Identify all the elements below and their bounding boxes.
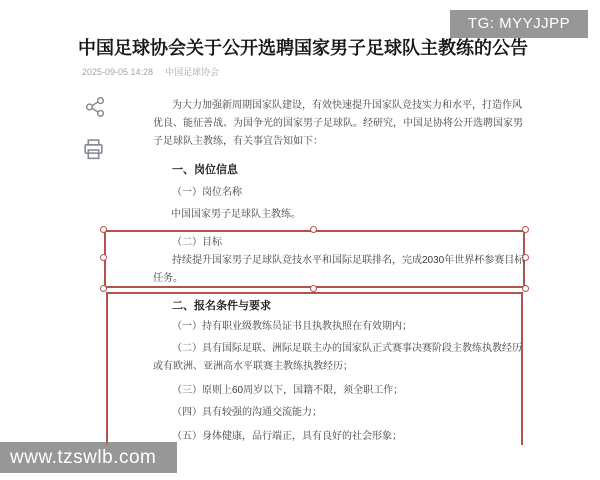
section2-heading: 二、报名条件与要求 [172, 297, 271, 315]
selection-handle[interactable] [100, 254, 107, 261]
job-name-label: （一）岗位名称 [172, 184, 242, 202]
selection-handle[interactable] [310, 226, 317, 233]
annotation-box-goal[interactable]: （二）目标 持续提升国家男子足球队竞技水平和国际足联排名，完成2030年世界杯参… [104, 230, 525, 288]
selection-handle[interactable] [100, 285, 107, 292]
requirement-item: （四）具有较强的沟通交流能力； [172, 404, 322, 422]
watermark-telegram: TG: MYYJJPP [450, 10, 588, 38]
job-name-value: 中国国家男子足球队主教练。 [171, 206, 301, 224]
article-meta: 2025-09-05 14:28中国足球协会 [82, 65, 219, 78]
selection-handle[interactable] [100, 226, 107, 233]
intro-paragraph: 为大力加强新周期国家队建设，有效快速提升国家队竞技实力和水平，打造作风优良、能征… [153, 97, 525, 151]
requirement-item: （一）持有职业级教练员证书且执教执照在有效期内； [172, 318, 412, 336]
share-icon[interactable] [84, 96, 106, 118]
goal-paragraph: 持续提升国家男子足球队竞技水平和国际足联排名，完成2030年世界杯参赛目标任务。 [153, 252, 525, 288]
annotation-box-requirements[interactable]: 二、报名条件与要求 （一）持有职业级教练员证书且执教执照在有效期内； （二）具有… [106, 292, 523, 445]
page-title: 中国足球协会关于公开选聘国家男子足球队主教练的公告 [78, 36, 550, 60]
publish-date: 2025-09-05 14:28 [82, 67, 153, 77]
requirement-item: （五）身体健康，品行端正，具有良好的社会形象； [172, 428, 402, 446]
section1-heading: 一、岗位信息 [172, 161, 238, 179]
publisher-name: 中国足球协会 [165, 67, 219, 77]
selection-handle[interactable] [522, 226, 529, 233]
article-page: 中国足球协会关于公开选聘国家男子足球队主教练的公告 2025-09-05 14:… [0, 0, 600, 480]
watermark-website: www.tzswlb.com [0, 442, 177, 473]
goal-label: （二）目标 [172, 234, 222, 252]
requirement-item: （二）具有国际足联、洲际足联主办的国家队正式赛事决赛阶段主教练执教经历或有欧洲、… [153, 340, 525, 376]
requirement-item: （三）原则上60周岁以下，国籍不限，须全职工作； [172, 382, 403, 400]
printer-icon[interactable] [81, 137, 106, 162]
